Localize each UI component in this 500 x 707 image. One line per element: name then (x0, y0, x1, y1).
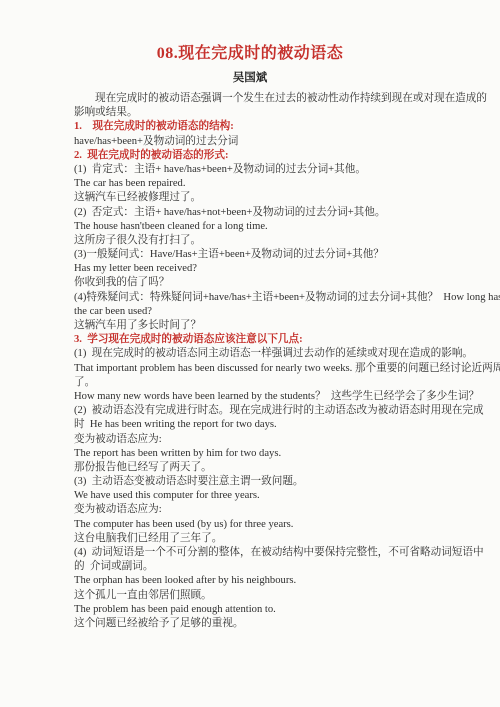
document-page: 08.现在完成时的被动语态 吴国斌 现在完成时的被动语态强调一个发生在过去的被动… (0, 0, 500, 707)
text-line: (4) 动词短语是一个不可分割的整体，在被动结构中要保持完整性，不可省略动词短语… (74, 546, 434, 560)
text-line: 这台电脑我们已经用了三年了。 (74, 532, 434, 546)
text-line: (2) 被动语态没有完成进行时态。现在完成进行时的主动语态改为被动语态时用现在完… (74, 404, 434, 418)
text-line: 了。 (74, 376, 434, 390)
text-line: (3)一般疑问式：Have/Has+主语+been+及物动词的过去分词+其他？ (74, 248, 434, 262)
text-line: 这辆汽车用了多长时间了？ (74, 319, 434, 333)
text-line: 这个问题已经被给予了足够的重视。 (74, 617, 434, 631)
text-line: 的 介词或副词。 (74, 560, 434, 574)
document-body: 现在完成时的被动语态强调一个发生在过去的被动性动作持续到现在或对现在造成的影响或… (74, 92, 434, 631)
section-heading: 2. 现在完成时的被动语态的形式: (74, 149, 434, 163)
text-line: 变为被动语态应为: (74, 503, 434, 517)
text-line: Has my letter been received? (74, 262, 434, 276)
text-line: 你收到我的信了吗？ (74, 276, 434, 290)
section-heading: 1. 现在完成时的被动语态的结构: (74, 120, 434, 134)
text-line: 这个孤儿一直由邻居们照顾。 (74, 589, 434, 603)
text-line: (4)特殊疑问式：特殊疑问词+have/has+主语+been+及物动词的过去分… (74, 291, 434, 305)
text-line: How many new words have been learned by … (74, 390, 434, 404)
text-line: 变为被动语态应为: (74, 433, 434, 447)
text-line: That important problem has been discusse… (74, 362, 434, 376)
text-line: We have used this computer for three yea… (74, 489, 434, 503)
text-line: the car been used? (74, 305, 434, 319)
text-line: 这辆汽车已经被修理过了。 (74, 191, 434, 205)
text-line: 影响或结果。 (74, 106, 434, 120)
text-line: 时 He has been writing the report for two… (74, 418, 434, 432)
text-line: The orphan has been looked after by his … (74, 574, 434, 588)
text-line: 现在完成时的被动语态强调一个发生在过去的被动性动作持续到现在或对现在造成的 (74, 92, 434, 106)
text-line: 这所房子很久没有打扫了。 (74, 234, 434, 248)
text-line: The house hasn'tbeen cleaned for a long … (74, 220, 434, 234)
text-line: The computer has been used (by us) for t… (74, 518, 434, 532)
text-line: have/has+been+及物动词的过去分词 (74, 135, 434, 149)
text-line: The report has been written by him for t… (74, 447, 434, 461)
text-line: 那份报告他已经写了两天了。 (74, 461, 434, 475)
document-title: 08.现在完成时的被动语态 (0, 44, 500, 64)
text-line: (1) 肯定式：主语+ have/has+been+及物动词的过去分词+其他。 (74, 163, 434, 177)
text-line: (2) 否定式：主语+ have/has+not+been+及物动词的过去分词+… (74, 206, 434, 220)
text-line: The problem has been paid enough attenti… (74, 603, 434, 617)
section-heading: 3. 学习现在完成时的被动语态应该注意以下几点: (74, 333, 434, 347)
text-line: (3) 主动语态变被动语态时要注意主谓一致问题。 (74, 475, 434, 489)
text-line: (1) 现在完成时的被动语态同主动语态一样强调过去动作的延续或对现在造成的影响。 (74, 347, 434, 361)
text-line: The car has been repaired. (74, 177, 434, 191)
author-name: 吴国斌 (0, 71, 500, 85)
